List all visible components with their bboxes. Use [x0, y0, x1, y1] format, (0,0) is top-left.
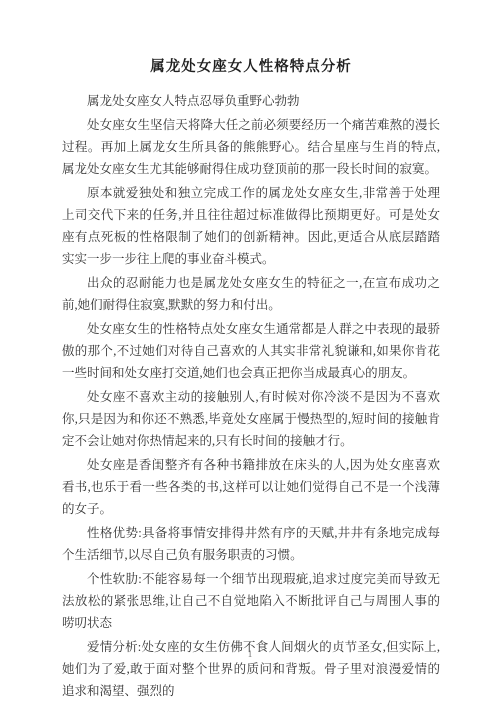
paragraph: 原本就爱独处和独立完成工作的属龙处女座女生,非常善于处理上司交代下来的任务,并且…: [62, 182, 440, 270]
paragraph: 出众的忍耐能力也是属龙处女座女生的特征之一,在宣布成功之前,她们耐得住寂寞,默默…: [62, 272, 440, 316]
document-page: 属龙处女座女人性格特点分析 属龙处女座女人特点忍辱负重野心勃勃 处女座女生坚信天…: [0, 0, 500, 708]
paragraph-love-analysis: 爱情分析:处女座的女生仿佛不食人间烟火的贞节圣女,但实际上,她们为了爱,敢于面对…: [62, 636, 440, 702]
paragraph-weaknesses: 个性软肋:不能容易每一个细节出现瑕疵,追求过度完美而导致无法放松的紧张思维,让自…: [62, 568, 440, 634]
paragraph: 处女座女生的性格特点处女座女生通常都是人群之中表现的最骄傲的那个,不过她们对待自…: [62, 318, 440, 384]
paragraph: 处女座不喜欢主动的接触别人,有时候对你冷淡不是因为不喜欢你,只是因为和你还不熟悉…: [62, 386, 440, 452]
paragraph-strengths: 性格优势:具备将事情安排得井然有序的天赋,井井有条地完成每个生活细节,以尽自己负…: [62, 522, 440, 566]
document-title: 属龙处女座女人性格特点分析: [62, 57, 440, 77]
document-body: 属龙处女座女人特点忍辱负重野心勃勃 处女座女生坚信天将降大任之前必须要经历一个痛…: [62, 90, 440, 702]
paragraph: 处女座女生坚信天将降大任之前必须要经历一个痛苦难熬的漫长过程。再加上属龙女生所具…: [62, 114, 440, 180]
paragraph-subtitle: 属龙处女座女人特点忍辱负重野心勃勃: [62, 90, 440, 112]
paragraph: 处女座是香闺整齐有各种书籍排放在床头的人,因为处女座喜欢看书,也乐于看一些各类的…: [62, 454, 440, 520]
page-number: 1: [0, 648, 500, 660]
